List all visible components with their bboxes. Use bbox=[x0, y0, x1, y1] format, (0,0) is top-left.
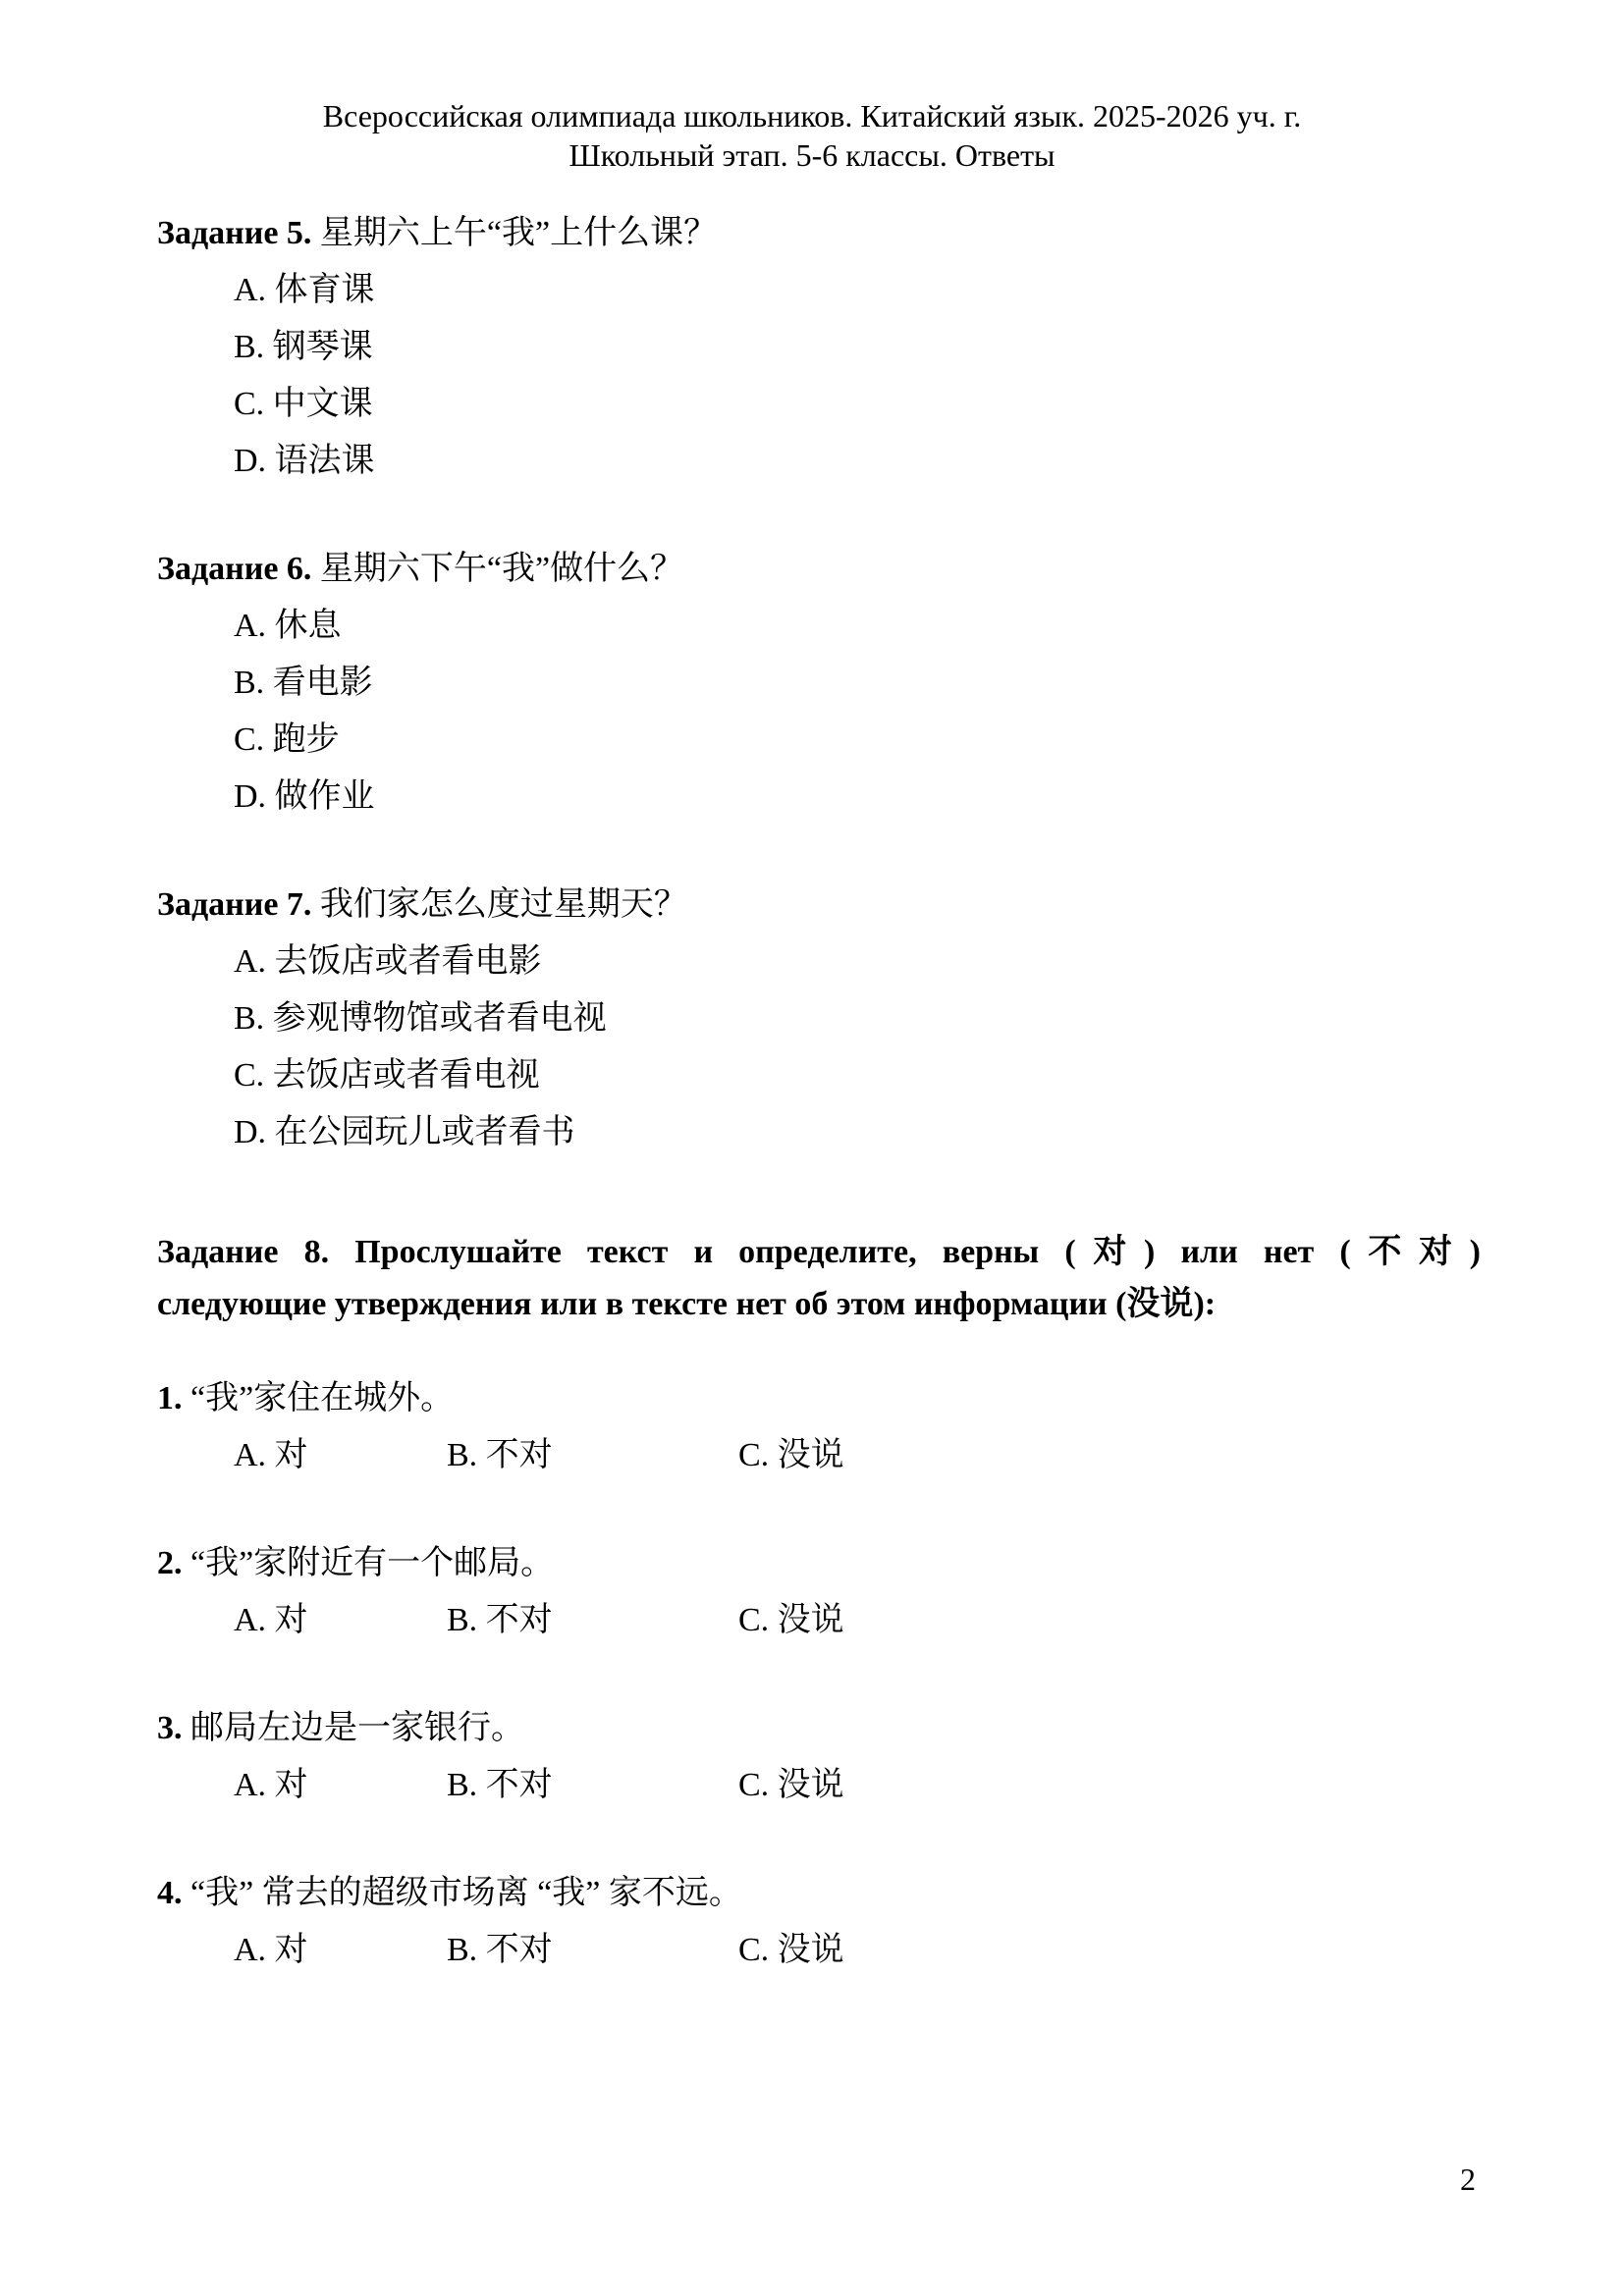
task-7-option-a: A. 去饭店或者看电影 bbox=[234, 942, 542, 982]
statement-4-option-a: A. 对 bbox=[234, 1931, 308, 1970]
statement-number: 2. bbox=[157, 1545, 183, 1581]
task-label: Задание 7. bbox=[157, 886, 311, 923]
statement-3-option-c: C. 没说 bbox=[738, 1766, 844, 1805]
statement-text: “我”家附近有一个邮局。 bbox=[190, 1545, 554, 1581]
task-6-option-c: C. 跑步 bbox=[234, 721, 340, 760]
page-header: Всероссийская олимпиада школьников. Кита… bbox=[0, 96, 1624, 175]
statement-3-option-b: B. 不对 bbox=[447, 1766, 553, 1805]
statement-text: “我” 常去的超级市场离 “我” 家不远。 bbox=[190, 1875, 742, 1911]
task-6-title: Задание 6. 星期六下午“我”做什么？ bbox=[157, 550, 683, 589]
task-question: 星期六下午“我”做什么？ bbox=[320, 551, 683, 587]
task-8-instructions: Задание 8. Прослушайте текст и определит… bbox=[157, 1226, 1481, 1330]
statement-4-option-b: B. 不对 bbox=[447, 1931, 553, 1970]
header-line-2: Школьный этап. 5-6 классы. Ответы bbox=[0, 135, 1624, 175]
page-number: 2 bbox=[1460, 2162, 1476, 2198]
task-5-option-a: A. 体育课 bbox=[234, 271, 375, 310]
task-7-option-b: B. 参观博物馆或者看电视 bbox=[234, 999, 607, 1039]
task-label: Задание 6. bbox=[157, 551, 311, 587]
statement-1-option-b: B. 不对 bbox=[447, 1436, 553, 1475]
task-6-option-a: A. 休息 bbox=[234, 607, 342, 646]
task-6-option-b: B. 看电影 bbox=[234, 664, 373, 703]
statement-2: 2. “我”家附近有一个邮局。 bbox=[157, 1544, 554, 1583]
task-7-option-d: D. 在公园玩儿或者看书 bbox=[234, 1113, 575, 1152]
statement-number: 4. bbox=[157, 1875, 183, 1911]
task-7-option-c: C. 去饭店或者看电视 bbox=[234, 1056, 540, 1095]
task-6-option-d: D. 做作业 bbox=[234, 777, 375, 817]
task-label: Задание 5. bbox=[157, 215, 311, 251]
statement-3: 3. 邮局左边是一家银行。 bbox=[157, 1709, 524, 1748]
statement-4: 4. “我” 常去的超级市场离 “我” 家不远。 bbox=[157, 1874, 742, 1913]
task-7-title: Задание 7. 我们家怎么度过星期天？ bbox=[157, 885, 687, 925]
task-5-option-b: B. 钢琴课 bbox=[234, 328, 373, 367]
statement-1: 1. “我”家住在城外。 bbox=[157, 1379, 454, 1418]
task-8-line-1: Задание 8. Прослушайте текст и определит… bbox=[157, 1226, 1481, 1278]
statement-number: 1. bbox=[157, 1380, 183, 1416]
statement-2-option-a: A. 对 bbox=[234, 1601, 308, 1640]
task-5-title: Задание 5. 星期六上午“我”上什么课？ bbox=[157, 214, 717, 253]
task-5-option-d: D. 语法课 bbox=[234, 442, 375, 481]
statement-1-option-a: A. 对 bbox=[234, 1436, 308, 1475]
statement-1-option-c: C. 没说 bbox=[738, 1436, 844, 1475]
task-5-option-c: C. 中文课 bbox=[234, 385, 373, 424]
statement-number: 3. bbox=[157, 1710, 183, 1746]
statement-2-option-c: C. 没说 bbox=[738, 1601, 844, 1640]
statement-2-option-b: B. 不对 bbox=[447, 1601, 553, 1640]
task-question: 我们家怎么度过星期天？ bbox=[320, 886, 687, 923]
task-question: 星期六上午“我”上什么课？ bbox=[320, 215, 717, 251]
statement-4-option-c: C. 没说 bbox=[738, 1931, 844, 1970]
header-line-1: Всероссийская олимпиада школьников. Кита… bbox=[0, 96, 1624, 135]
statement-text: “我”家住在城外。 bbox=[190, 1380, 454, 1416]
statement-text: 邮局左边是一家银行。 bbox=[190, 1710, 524, 1746]
task-8-line-2: следующие утверждения или в тексте нет о… bbox=[157, 1278, 1481, 1330]
statement-3-option-a: A. 对 bbox=[234, 1766, 308, 1805]
